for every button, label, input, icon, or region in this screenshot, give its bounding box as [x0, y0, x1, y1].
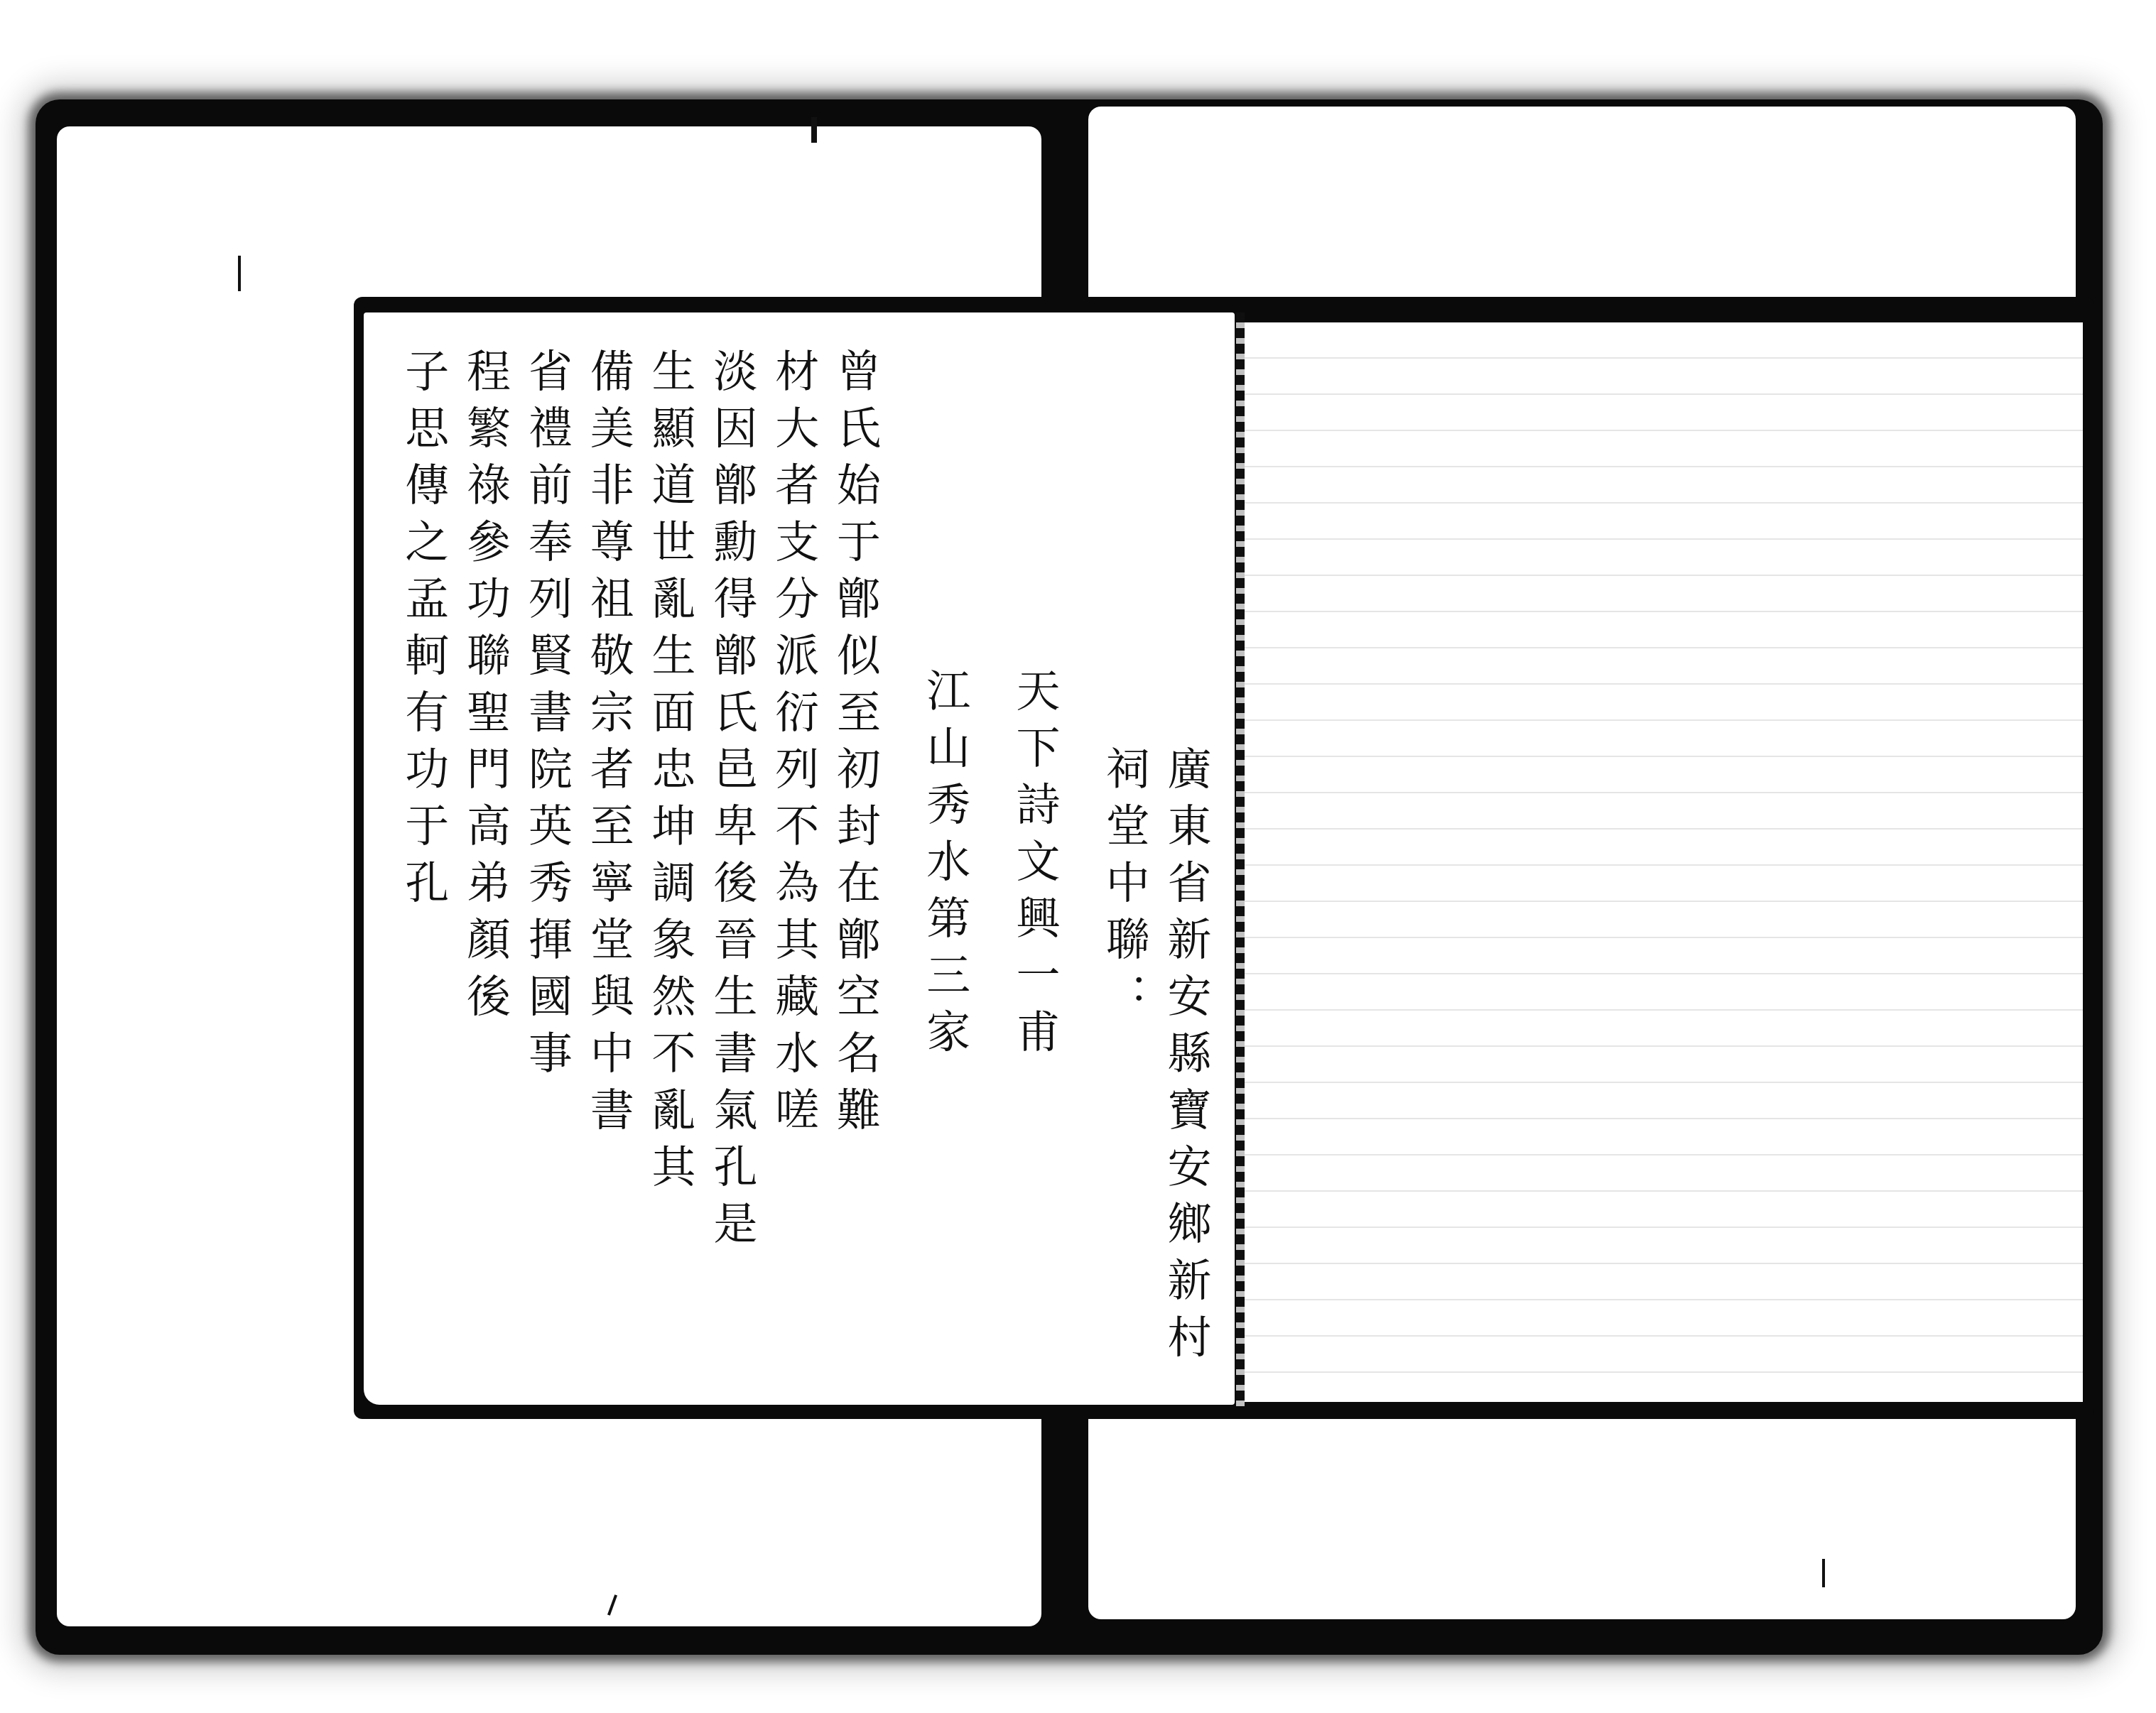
subheader-ancestral-hall-couplet: 祠堂中聯： — [1093, 746, 1146, 1356]
right-page-ruled-lines — [1245, 322, 2083, 1402]
header-location: 廣東省新安縣寶安鄉新村 — [1154, 746, 1208, 1356]
couplet-line-1: 天下詩文興一甫 — [1003, 668, 1056, 1356]
stray-mark — [1822, 1559, 1825, 1587]
column-gap — [1056, 348, 1084, 1356]
booklet-spine-stitching — [1236, 312, 1245, 1406]
scanned-document: 廣東省新安縣寶安鄉新村 祠堂中聯： 天下詩文興一甫 江山秀水第三家 曾氏始于鄫似… — [0, 0, 2156, 1713]
body-column: 程繁祿參功聯聖門高弟顏後 — [454, 348, 507, 1356]
stray-mark — [238, 256, 241, 291]
body-column: 省禮前奉列賢書院英秀揮國事 — [516, 348, 569, 1356]
column-gap — [877, 348, 905, 1356]
couplet-line-2: 江山秀水第三家 — [914, 668, 967, 1356]
column-gap — [967, 348, 995, 1356]
handwritten-text-area: 廣東省新安縣寶安鄉新村 祠堂中聯： 天下詩文興一甫 江山秀水第三家 曾氏始于鄫似… — [384, 348, 1208, 1356]
body-column: 淡因鄫勳得鄫氏邑卑後晉生書氣孔是 — [700, 348, 754, 1356]
body-column: 曾氏始于鄫似至初封在鄫空名難 — [824, 348, 877, 1356]
body-column: 備美非尊祖敬宗者至寧堂與中書 — [577, 348, 630, 1356]
body-column: 生顯道世亂生面忠坤調象然不亂其 — [639, 348, 692, 1356]
body-column: 材大者支分派衍列不為其藏水嗟 — [762, 348, 816, 1356]
ink-speck — [811, 117, 817, 143]
body-column: 子思傳之孟軻有功于孔 — [392, 348, 445, 1356]
